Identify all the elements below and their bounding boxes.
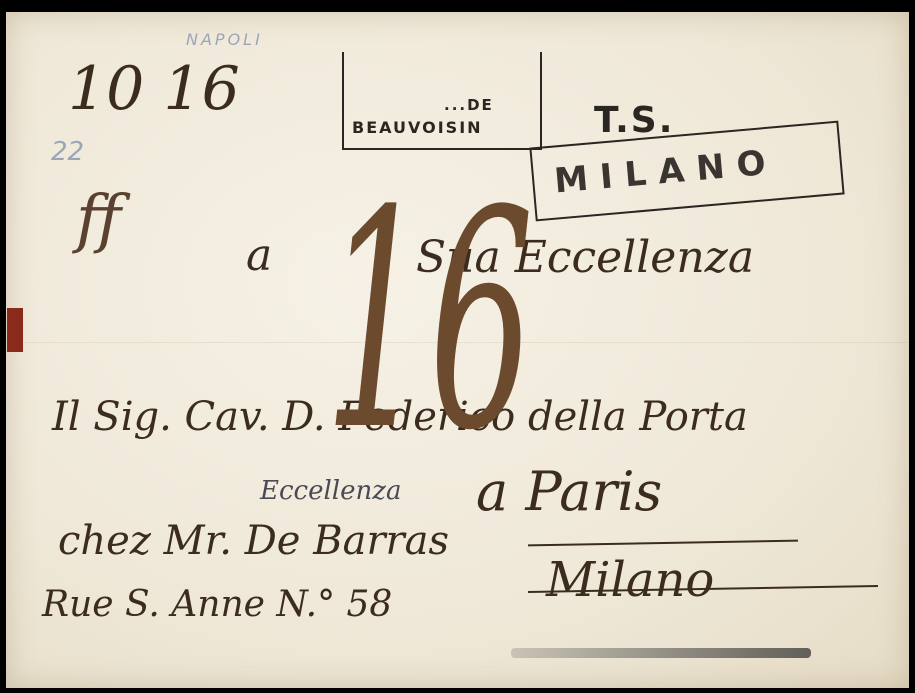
prefix-a: a xyxy=(246,230,272,281)
ink-smear xyxy=(511,648,811,658)
struck-destination: Milano xyxy=(546,552,714,608)
pencil-napoli: NAPOLI xyxy=(186,30,263,49)
strike-line xyxy=(528,540,798,547)
street-address: Rue S. Anne N.° 58 xyxy=(42,584,392,625)
pencil-22: 22 xyxy=(51,137,84,167)
left-marks: ff xyxy=(76,182,121,256)
milano-postmark: MILANO xyxy=(529,121,844,222)
rate-top: 10 16 xyxy=(68,54,240,124)
care-of: chez Mr. De Barras xyxy=(58,518,449,564)
beauvoisin-postmark: ...DE BEAUVOISIN xyxy=(342,52,542,150)
wax-seal-remnant xyxy=(7,308,23,352)
ts-mark: T.S. xyxy=(594,100,674,141)
rate-large: 16 xyxy=(324,172,534,472)
letter-sheet: NAPOLI 22 ...DE BEAUVOISIN T.S. MILANO 1… xyxy=(6,12,909,688)
